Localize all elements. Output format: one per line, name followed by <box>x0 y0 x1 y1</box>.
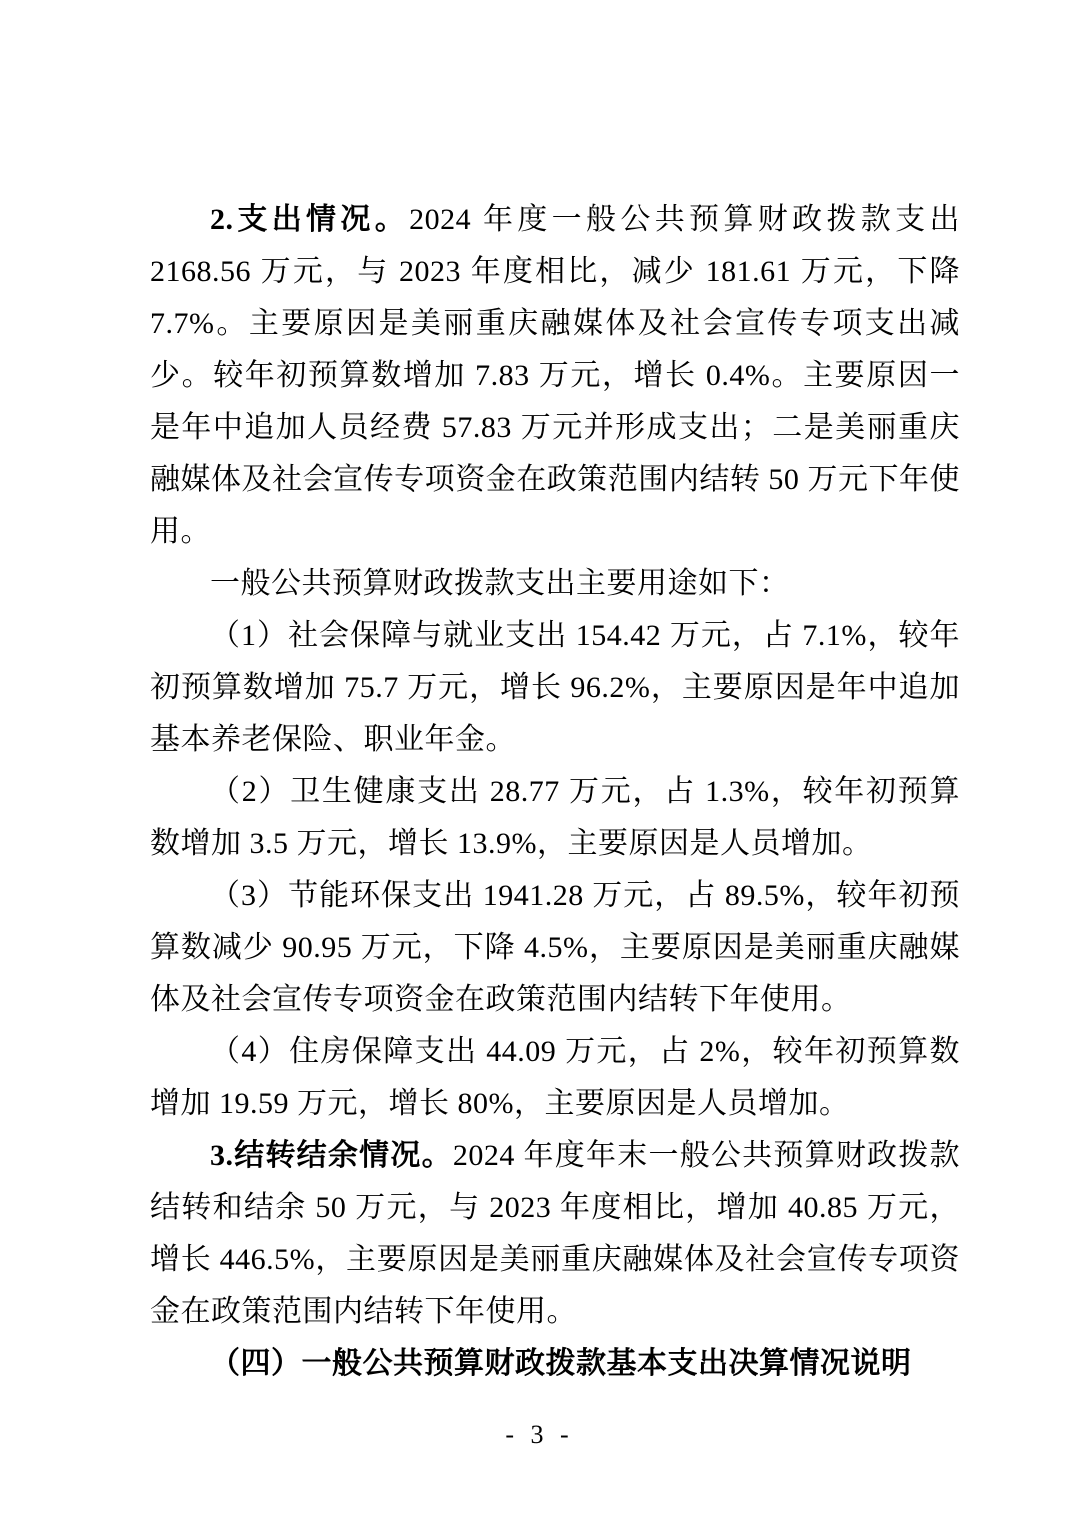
document-page: 2.支出情况。2024 年度一般公共预算财政拨款支出 2168.56 万元，与 … <box>0 0 1074 1520</box>
paragraph-text: （四）一般公共预算财政拨款基本支出决算情况说明 <box>210 1347 912 1380</box>
paragraph-usage-intro: 一般公共预算财政拨款支出主要用途如下： <box>150 558 960 610</box>
paragraph-item-4-housing: （4）住房保障支出 44.09 万元，占 2%，较年初预算数增加 19.59 万… <box>150 1026 960 1130</box>
paragraph-text: （4）住房保障支出 44.09 万元，占 2%，较年初预算数增加 19.59 万… <box>150 1035 960 1120</box>
paragraph-text: （2）卫生健康支出 28.77 万元，占 1.3%，较年初预算数增加 3.5 万… <box>150 775 960 860</box>
section-heading-expenditure: 2.支出情况。 <box>210 203 409 236</box>
paragraph-item-1-social-security: （1）社会保障与就业支出 154.42 万元，占 7.1%，较年初预算数增加 7… <box>150 610 960 766</box>
paragraph-expenditure-overview: 2.支出情况。2024 年度一般公共预算财政拨款支出 2168.56 万元，与 … <box>150 194 960 558</box>
paragraph-item-2-health: （2）卫生健康支出 28.77 万元，占 1.3%，较年初预算数增加 3.5 万… <box>150 766 960 870</box>
paragraph-text: 2024 年度一般公共预算财政拨款支出 2168.56 万元，与 2023 年度… <box>150 203 960 548</box>
paragraph-carryover-balance: 3.结转结余情况。2024 年度年末一般公共预算财政拨款结转和结余 50 万元，… <box>150 1130 960 1338</box>
page-number: - 3 - <box>0 1420 1074 1450</box>
section-heading-basic-expenditure: （四）一般公共预算财政拨款基本支出决算情况说明 <box>150 1338 960 1390</box>
paragraph-item-3-energy-environment: （3）节能环保支出 1941.28 万元，占 89.5%，较年初预算数减少 90… <box>150 870 960 1026</box>
section-heading-carryover: 3.结转结余情况。 <box>210 1139 453 1172</box>
paragraph-text: （1）社会保障与就业支出 154.42 万元，占 7.1%，较年初预算数增加 7… <box>150 619 960 756</box>
document-body: 2.支出情况。2024 年度一般公共预算财政拨款支出 2168.56 万元，与 … <box>150 194 960 1390</box>
paragraph-text: 一般公共预算财政拨款支出主要用途如下： <box>210 567 790 600</box>
paragraph-text: （3）节能环保支出 1941.28 万元，占 89.5%，较年初预算数减少 90… <box>150 879 960 1016</box>
